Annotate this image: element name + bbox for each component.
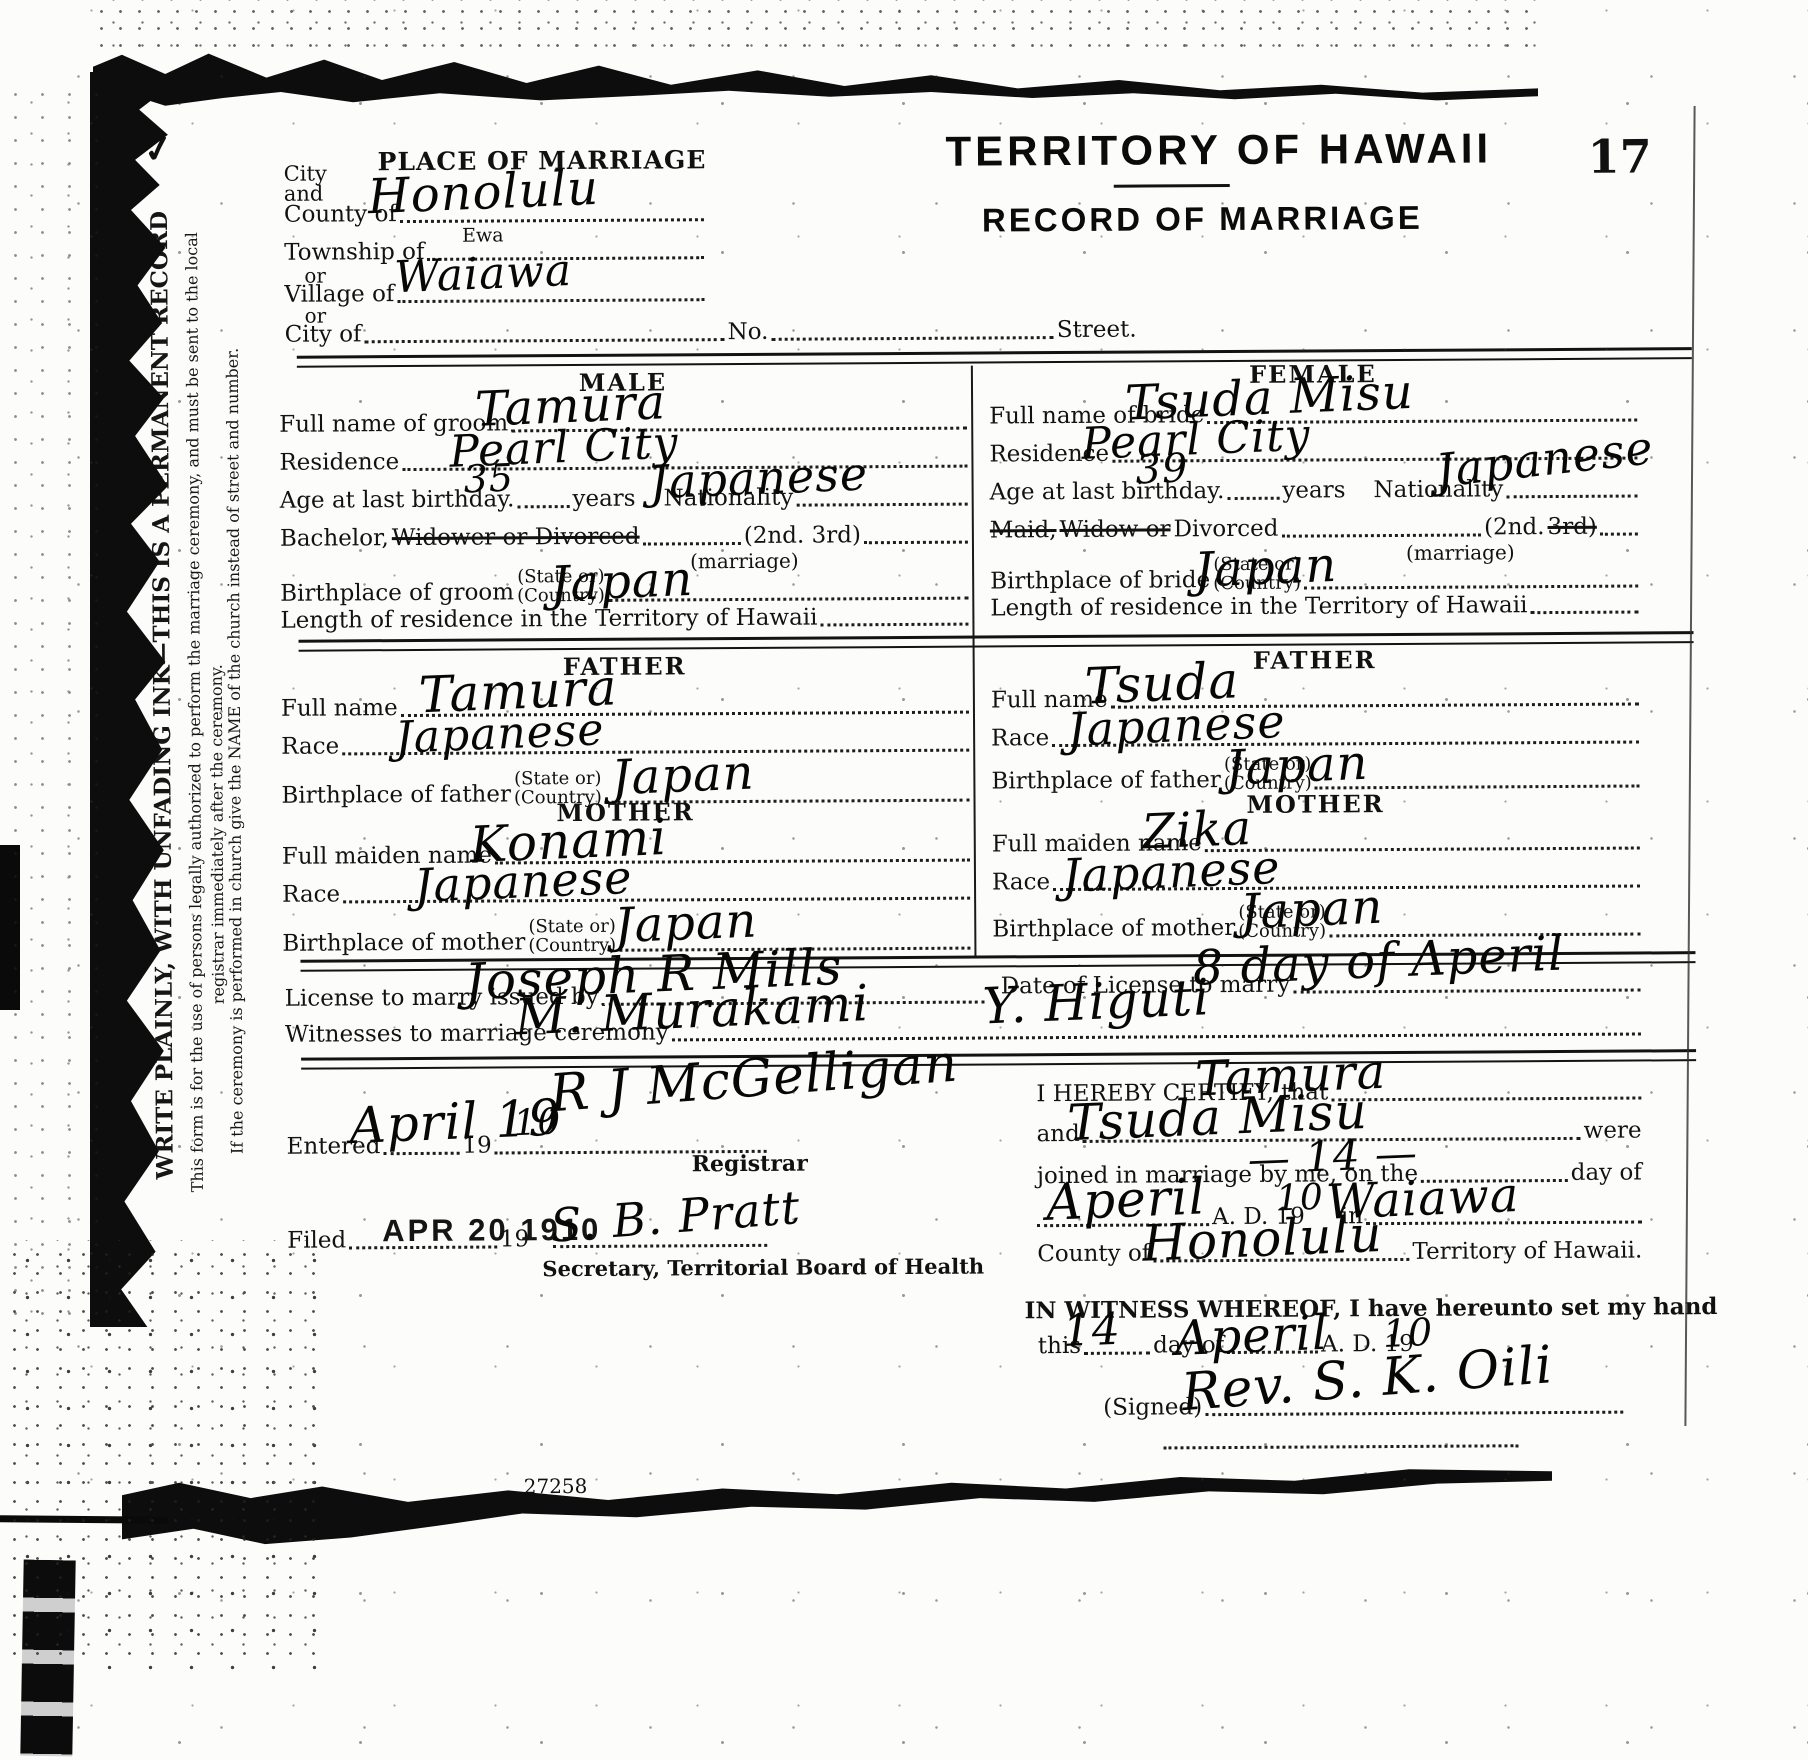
bride-status-struck-2: Widow or [1059,516,1170,543]
bride-mother-title: MOTHER [991,788,1639,821]
groom-length-row: Length of residence in the Territory of … [280,604,968,635]
column-divider [971,366,977,958]
bride-father-birthplace-handwritten: Japan [1224,735,1369,797]
secretary-label: Secretary, Territorial Board of Health [542,1254,984,1282]
bride-father-race-label: Race [991,725,1049,752]
city-row: City of No. Street. [285,317,1137,349]
bride-ordinal-line [1600,531,1638,536]
bride-mother-birthplace-label: Birthplace of mother [992,915,1235,943]
territory-title: TERRITORY OF HAWAII [945,124,1492,175]
groom-father-name-row: Full name [281,692,969,723]
registrar-label: Registrar [692,1151,808,1178]
groom-status-label: Bachelor, [280,525,389,552]
witnesses-row: Witnesses to marriage ceremony [285,1014,1641,1049]
no-label: No. [727,319,768,346]
bride-length-label: Length of residence in the Territory of … [990,592,1527,622]
groom-years-label: years [572,486,635,513]
bride-ordinal-open: (2nd. [1484,514,1545,541]
bride-mother-race-label: Race [992,869,1050,896]
groom-mother-race-label: Race [282,881,340,908]
film-edge-code [20,1560,75,1757]
page-number: 17 [1587,129,1651,183]
cert-county-handwritten: Honolulu [1141,1205,1384,1273]
groom-mother-race-handwritten: Japanese [413,850,633,913]
bride-residence-handwritten: Pearl City [1080,410,1311,470]
title-divider [1114,184,1230,188]
dayof-label: day of [1571,1159,1642,1186]
witness-clause: IN WITNESS WHEREOF, I have hereunto set … [1025,1293,1718,1324]
groom-ordinal-line [864,539,968,545]
groom-ordinal-label: (2nd. 3rd) [744,522,861,549]
certificate-separator-rule [301,1049,1696,1070]
cert-county-label: County of [1037,1241,1150,1268]
bride-age-line [1227,495,1279,500]
county-handwritten: Honolulu [367,160,600,225]
groom-birthplace-label: Birthplace of groom [280,580,514,608]
record-title: RECORD OF MARRIAGE [982,199,1423,240]
groom-status-row: Bachelor, Widower or Divorced (2nd. 3rd) [280,522,968,553]
were-label: were [1584,1117,1642,1144]
bride-birthplace-label: Birthplace of bride [990,567,1210,595]
groom-father-title: FATHER [281,650,969,683]
groom-length-label: Length of residence in the Territory of … [280,605,817,635]
groom-nationality-handwritten: Japanese [649,446,869,509]
registrar-signature: R J McGelligan [548,1033,961,1124]
film-registration-mark [0,845,20,1010]
territory-label: Territory of Hawaii. [1412,1237,1642,1265]
bride-status-label: Divorced [1173,516,1278,543]
street-label: Street. [1057,317,1137,344]
groom-age-handwritten: 35 [463,456,515,502]
bride-years-label: years [1282,477,1345,504]
street-line [771,335,1053,342]
witness-2-handwritten: Y. Higuti [982,968,1211,1035]
city-label: City of [285,321,362,348]
margin-note-1a: This form is for the use of persons lega… [182,232,207,1192]
bride-length-row: Length of residence in the Territory of … [990,592,1638,622]
scanned-marriage-record: City and PLACE OF MARRIAGE County of Hon… [0,0,1808,1760]
bride-age-handwritten: 39 [1135,445,1190,493]
groom-status-struck: Widower or Divorced [392,524,640,552]
bride-age-label: Age at last birthday. [990,478,1225,506]
village-handwritten: Waiawa [393,245,573,303]
city-line [365,337,725,344]
groom-length-line [821,621,969,627]
blank-dotted-line [1163,1442,1518,1449]
bride-birthplace-line [1304,582,1638,589]
village-label: Village of [284,281,394,308]
bride-nationality-line [1506,493,1637,499]
groom-residence-label: Residence [279,449,399,476]
groom-status-line [643,540,741,546]
groom-father-race-handwritten: Japanese [394,704,605,764]
groom-father-name-label: Full name [281,695,398,722]
bride-ordinal-struck: 3rd) [1547,514,1596,541]
bride-birthplace-handwritten: Japan [1193,537,1338,599]
bride-status-struck-1: Maid, [990,517,1057,544]
this-day-handwritten: 14 [1062,1304,1122,1357]
film-edge-line [0,1515,168,1523]
groom-birthplace-handwritten: Japan [549,551,694,613]
groom-father-race-label: Race [281,733,339,760]
bride-length-line [1530,609,1638,615]
margin-note-2: If the ceremony is performed in church g… [223,348,247,1154]
groom-age-line [517,503,569,508]
bride-mother-birthplace-handwritten: Japan [1239,879,1384,941]
filed-label: Filed [287,1227,346,1254]
